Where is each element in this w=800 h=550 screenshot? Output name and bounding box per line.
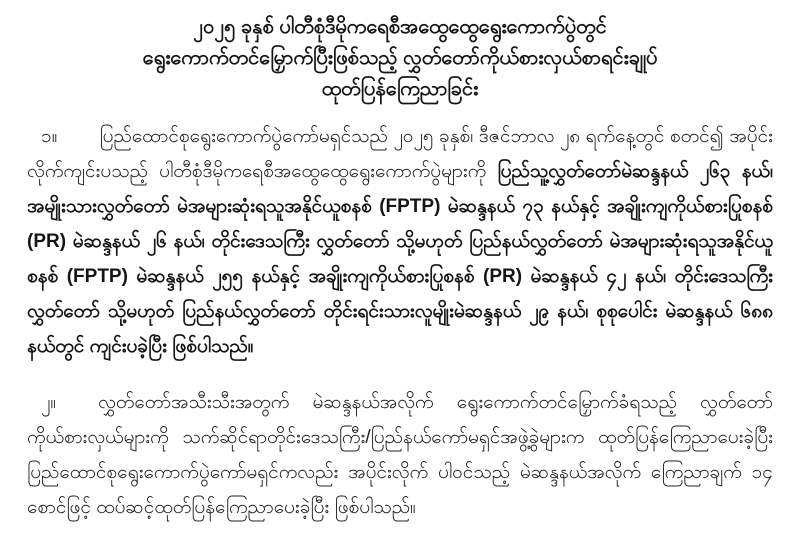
paragraph-1-bold-text: ပြည်သူ့လွှတ်တော်မဲဆန္ဒနယ် ၂၆၃ နယ်၊ အမျို…: [27, 161, 773, 357]
paragraph-2-number: ၂။: [27, 385, 56, 420]
title-line-3: ထုတ်ပြန်ကြေညာခြင်း: [27, 74, 773, 105]
title-line-2: ရွေးကောက်တင်မြှောက်ပြီးဖြစ်သည့် လွှတ်တော…: [27, 43, 773, 74]
paragraph-2: ၂။လွှတ်တော်အသီးသီးအတွက် မဲဆန္ဒနယ်အလိုက် …: [27, 385, 773, 525]
paragraph-2-regular-text: လွှတ်တော်အသီးသီးအတွက် မဲဆန္ဒနယ်အလိုက် ရွ…: [27, 392, 773, 518]
document-page: ၂၀၂၅ ခုနှစ် ပါတီစုံဒီမိုကရေစီအထွေထွေရွေး…: [0, 0, 800, 550]
title-line-1: ၂၀၂၅ ခုနှစ် ပါတီစုံဒီမိုကရေစီအထွေထွေရွေး…: [27, 12, 773, 43]
document-title: ၂၀၂၅ ခုနှစ် ပါတီစုံဒီမိုကရေစီအထွေထွေရွေး…: [27, 12, 773, 105]
paragraph-1-number: ၁။: [27, 119, 57, 154]
paragraph-1: ၁။ပြည်ထောင်စုရွေးကောက်ပွဲကော်မရှင်သည် ၂၀…: [27, 119, 773, 364]
